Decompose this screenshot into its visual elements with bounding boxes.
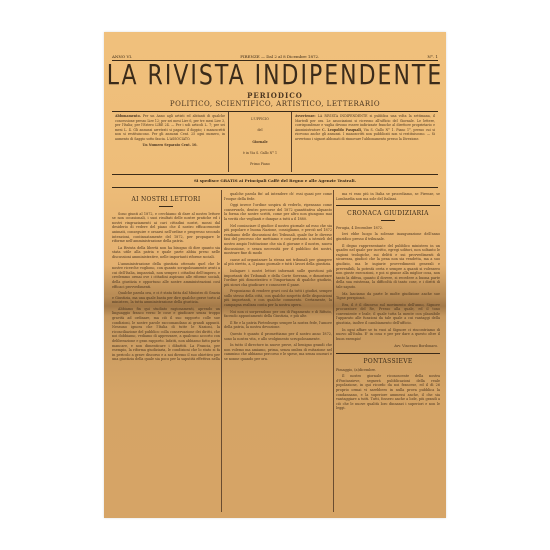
section-rule [336, 205, 440, 206]
newspaper-page: ANNO VI. FIRENZE — Dal 2 al 8 Dicembre 1… [104, 32, 446, 518]
paragraph: Il nostro giornale riconoscente della no… [336, 374, 440, 411]
paragraph: In ogni affare se tu vuoi al Signore ci … [336, 328, 440, 342]
paragraph: Questo è quanto il promettiamo per il no… [224, 332, 332, 341]
paragraph: La Rivista della libertà non ha bisogno … [112, 246, 220, 260]
ufficio-line: Primo Piano [231, 162, 289, 167]
paragraph: In tutto il directore in nuove prove, al… [224, 343, 332, 361]
paragraph: Indagare i nostri lettori informati sull… [224, 269, 332, 287]
article-heading-pontassieve: PONTASSIEVE [336, 360, 440, 365]
paragraph: Proponiamo di rendere gravi così da tutt… [224, 289, 332, 307]
article-dateline: Perugia, 4 Decembre 1872. [336, 226, 440, 231]
column-1: AI NOSTRI LETTORI Sono giunti al 1872, e… [112, 192, 220, 364]
paragraph: Ma lasciamo da parte le molte giudiziose… [336, 292, 440, 301]
masthead-topline: ANNO VI. FIRENZE — Dal 2 al 8 Dicembre 1… [112, 54, 438, 59]
paragraph: Noi non ci sorprendono per ora di Pagame… [224, 310, 332, 319]
column-3: ma vi esso più in Italia se procediamo, … [336, 192, 440, 413]
paragraph: Oggi invece l'ordine sospira di vederlo,… [224, 203, 332, 221]
article-dateline: Pimaggio, (a)dicembre. [336, 368, 440, 373]
periodico-label: PERIODICO [104, 91, 446, 100]
column-divider [333, 190, 334, 512]
paragraph: L'amministrazione della giustizia ottenu… [112, 262, 220, 290]
paragraph: qualche parola fin' ad intendere ch' ess… [224, 192, 332, 201]
anno-label: ANNO VI. [112, 54, 132, 59]
paragraph: Abbiamo fin qui studiato ragionamenti, a… [112, 307, 220, 362]
issue-number: N°. 1 [427, 54, 438, 59]
paragraph: Ieri ebbe luogo la solenne inaugurazione… [336, 232, 440, 241]
ufficio-section: L'UFFICIO del Giornale è in Via S. Gallo… [229, 112, 292, 172]
ufficio-line: Giornale [231, 140, 289, 145]
columns-top-rule [112, 187, 438, 188]
paragraph: Il degno rappresentante del pubblico min… [336, 244, 440, 290]
newspaper-title: LA RIVISTA INDIPENDENTE [104, 60, 446, 91]
infobox-bottom-rule [112, 174, 438, 175]
gratis-line: Si spedisce GRATIS ai Principali Caffè d… [104, 178, 446, 183]
ufficio-line: L'UFFICIO [231, 117, 289, 122]
newspaper-subtitle: POLITICO, SCIENTIFICO, ARTISTICO, LETTER… [104, 100, 446, 108]
avvertenze-section: Avvertenze: LA RIVISTA INDIPENDENTE si p… [292, 112, 438, 172]
abbonamento-section: Abbonamento. Per un Anno agli artisti ed… [112, 112, 229, 172]
subscription-infobox: Abbonamento. Per un Anno agli artisti ed… [112, 112, 438, 172]
paragraph: Qualche parola ora, e ci è stata fatta d… [112, 291, 220, 305]
article-heading-ai-nostri-lettori: AI NOSTRI LETTORI [112, 198, 220, 203]
column-2: qualche parola fin' ad intendere ch' ess… [224, 192, 332, 364]
numero-separato: Un Numero Separato Cent. 10. [115, 143, 225, 148]
column-divider [221, 190, 222, 512]
article-signature: Avv. Vincenzo Bordonaro. [338, 344, 438, 349]
dateline: FIRENZE — Dal 2 al 8 Dicembre 1872. [240, 54, 319, 59]
paragraph: cause ad organizzare la stessa nei tribu… [224, 258, 332, 267]
amministratore-name: C. Leopoldo Pasquali, [322, 128, 362, 132]
abbonamento-text: Per un Anno agli artisti ed abitanti di … [115, 114, 225, 141]
paragraph: Era, il è il discorso sul movimento dell… [336, 303, 440, 326]
paragraph: Nel cominciare il giudice il nostro gior… [224, 224, 332, 256]
paragraph: Il Re e la patria Pietroburgo sempre la … [224, 321, 332, 330]
paragraph: Sono giunti al 1872, e cerchiamo di dare… [112, 212, 220, 244]
article-heading-cronaca-giudiziaria: CRONACA GIUDIZIARIA [336, 212, 440, 217]
paragraph: ma vi esso più in Italia se procediamo, … [336, 192, 440, 201]
ufficio-line: del [231, 128, 289, 133]
avvertenze-label: Avvertenze: [295, 114, 316, 118]
heading-rule [159, 206, 173, 207]
ufficio-line: è in Via S. Gallo N° 1 [231, 151, 289, 156]
heading-rule [381, 220, 395, 221]
abbonamento-label: Abbonamento. [115, 114, 141, 118]
section-rule [336, 353, 440, 354]
